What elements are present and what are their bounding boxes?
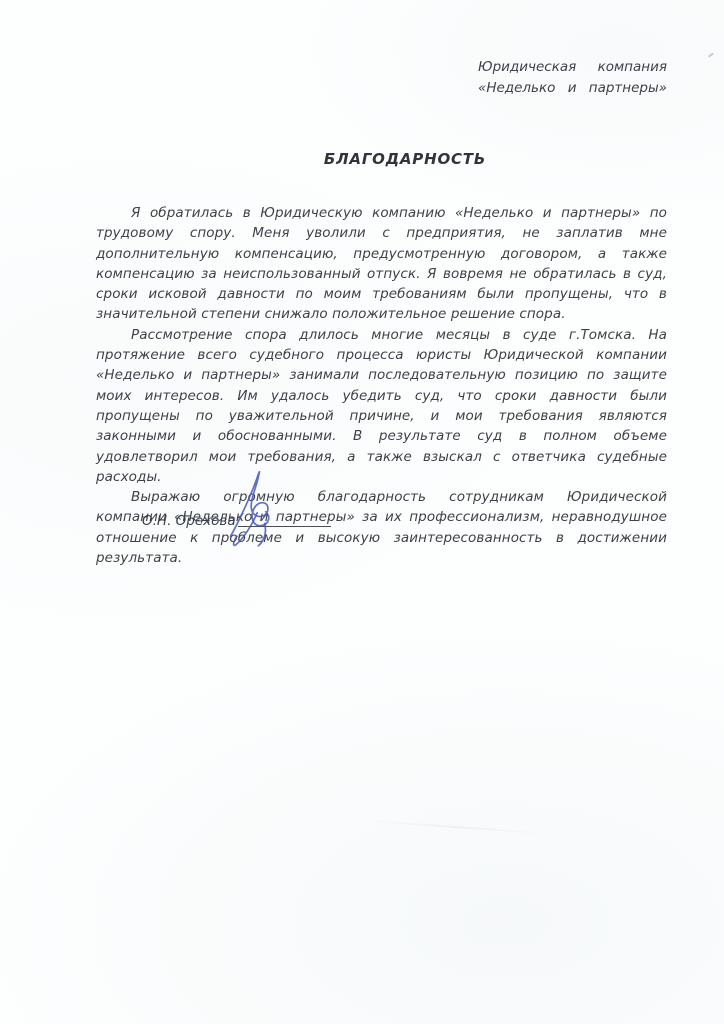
paragraph: Рассмотрение спора длилось многие месяцы… [96, 325, 667, 487]
letterhead-line-2: «Неделько и партнеры» [478, 78, 667, 99]
letterhead-line-1: Юридическая компания [478, 57, 667, 78]
letterhead-word: и [568, 78, 577, 99]
signature-block: О.Н. Орехова [142, 513, 331, 529]
signatory-name: О.Н. Орехова [142, 513, 236, 529]
scanned-letter-page: Юридическая компания «Неделько и партнер… [0, 0, 724, 1024]
paragraph: Я обратилась в Юридическую компанию «Нед… [96, 203, 667, 325]
paper-crease [360, 819, 550, 834]
letterhead-word: компания [598, 57, 667, 78]
scan-speck [708, 52, 714, 57]
signature-line [238, 525, 331, 527]
letterhead: Юридическая компания «Неделько и партнер… [478, 57, 667, 99]
page-title: БЛАГОДАРНОСТЬ [90, 150, 720, 168]
letterhead-word: партнеры» [589, 78, 667, 99]
letterhead-word: Юридическая [478, 57, 576, 78]
letterhead-word: «Неделько [478, 78, 555, 99]
